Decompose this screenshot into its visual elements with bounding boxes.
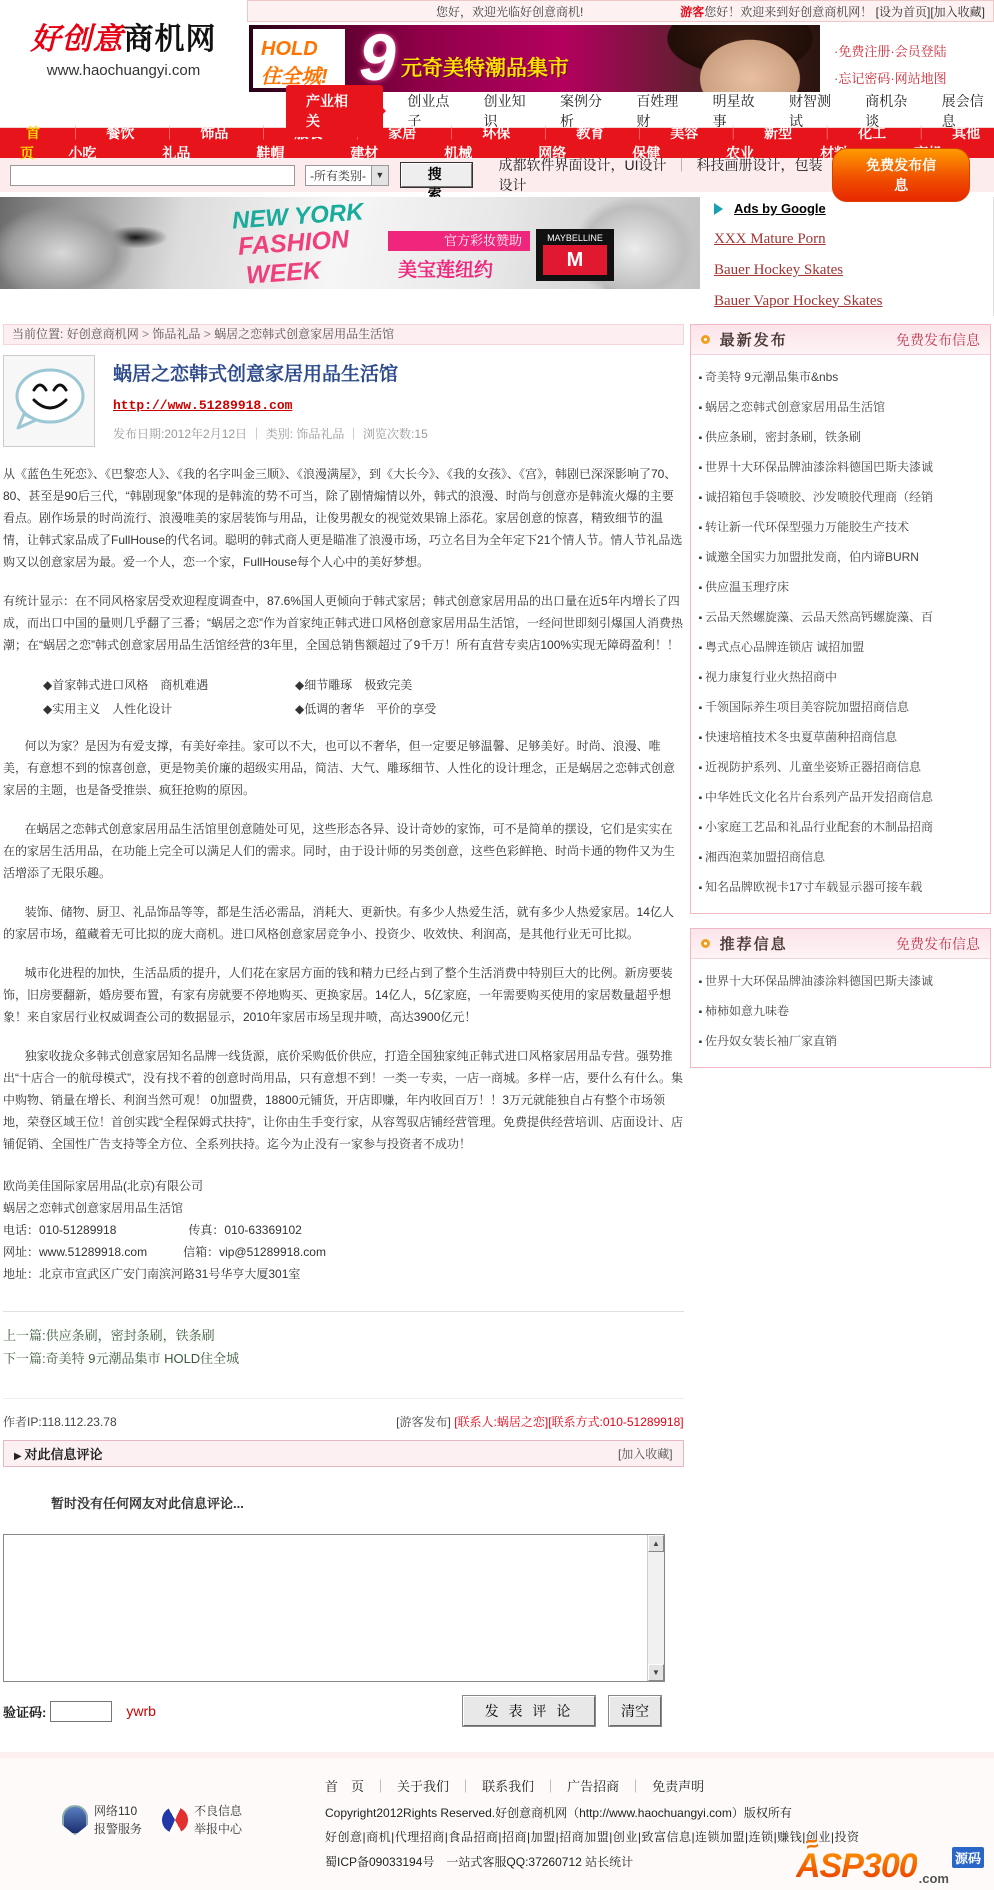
google-ad-link[interactable]: XXX Mature Porn bbox=[714, 231, 826, 247]
comment-bar-title: 对此信息评论 bbox=[14, 1444, 102, 1463]
submit-comment-button[interactable]: 发 表 评 论 bbox=[463, 1696, 595, 1726]
guest-label: 游客 bbox=[680, 5, 704, 19]
captcha-code: ywrb bbox=[126, 1703, 156, 1719]
police-badge[interactable]: 网络110 报警服务 bbox=[62, 1802, 142, 1838]
orange-dot-icon bbox=[701, 939, 710, 948]
recommended-header: 推荐信息 免费发布信息 bbox=[691, 929, 990, 959]
publish-info: [游客发布] [联系人:蜗居之恋][联系方式:010-51289918] bbox=[396, 1413, 683, 1430]
article-thumbnail bbox=[3, 355, 95, 447]
captcha-row: 验证码: ywrb 发 表 评 论 清空 bbox=[3, 1696, 665, 1726]
page-header: 好创意商机网 www.haochuangyi.com 您好，欢迎光临好创意商机!… bbox=[0, 0, 994, 94]
logo-text: 好创意商机网 bbox=[0, 14, 247, 58]
contact-line: 电话：010-51289918 传真：010-63369102 bbox=[3, 1219, 684, 1241]
latest-post-link[interactable]: 知名品牌欧视卡17寸车载显示器可接车载 bbox=[705, 880, 922, 894]
main-nav-link[interactable]: 首页 bbox=[20, 125, 40, 161]
paragraph: 从《蓝色生死恋》、《巴黎恋人》、《我的名字叫金三顺》、《浪漫满屋》，到《大长今》… bbox=[3, 463, 684, 573]
feature-list: ◆首家韩式进口风格 商机难遇◆细节雕琢 极致完美◆实用主义 人性化设计◆低调的奢… bbox=[43, 673, 684, 721]
maybelline-m-mark: M bbox=[543, 245, 607, 275]
banner-hold-box: HOLD 住全城! bbox=[253, 29, 345, 88]
tab-industry-related[interactable]: 产业相关 bbox=[286, 85, 383, 137]
smiley-bubble-icon bbox=[10, 362, 88, 440]
feature-item: ◆首家韩式进口风格 商机难遇 bbox=[43, 673, 295, 697]
promo-links: 成都软件界面设计，UI设计｜科技画册设计，包装设计 bbox=[498, 155, 832, 195]
article-paragraphs-a: 从《蓝色生死恋》、《巴黎恋人》、《我的名字叫金三顺》、《浪漫满屋》，到《大长今》… bbox=[3, 463, 684, 656]
recommended-link[interactable]: 柿柿如意九味卷 bbox=[705, 1004, 789, 1018]
logo-text-red: 好创意 bbox=[31, 23, 124, 56]
password-sitemap-link[interactable]: ·忘记密码·网站地图 bbox=[834, 71, 947, 86]
footer-badges: 网络110 报警服务 不良信息 举报中心 bbox=[62, 1802, 242, 1838]
breadcrumb-link[interactable]: 好创意商机网 bbox=[67, 327, 139, 341]
footer-nav-link[interactable]: 联系我们 bbox=[482, 1779, 534, 1794]
article-paragraphs-b: 何以为家？是因为有爱支撑，有美好牵挂。家可以不大，也可以不奢华，但一定要足够温馨… bbox=[3, 735, 684, 1155]
top-banner-ad[interactable]: HOLD 住全城! 9 元奇美特潮品集市 bbox=[249, 25, 820, 92]
badge-line: 举报中心 bbox=[194, 1820, 242, 1838]
latest-post-link[interactable]: 千领国际养生项目美容院加盟招商信息 bbox=[705, 700, 909, 714]
footer-nav-link[interactable]: 首 页 bbox=[325, 1779, 364, 1794]
latest-post-link[interactable]: 近视防护系列、儿童坐姿矫正器招商信息 bbox=[705, 760, 921, 774]
report-swirl-icon bbox=[158, 1803, 193, 1838]
latest-post-link[interactable]: 转让新一代环保型强力万能胶生产技术 bbox=[705, 520, 909, 534]
footer-nav-link[interactable]: 广告招商 bbox=[567, 1779, 619, 1794]
account-links: ·免费注册·会员登陆 ·忘记密码·网站地图 bbox=[820, 22, 994, 94]
contact-line: 蜗居之恋韩式创意家居用品生活馆 bbox=[3, 1197, 684, 1219]
report-badge-text: 不良信息 举报中心 bbox=[194, 1802, 242, 1838]
google-ads-links: XXX Mature PornBauer Hockey SkatesBauer … bbox=[714, 224, 987, 316]
model-face-left bbox=[0, 197, 200, 289]
next-article-link[interactable]: 下一篇:奇美特 9元潮品集市 HOLD住全城 bbox=[3, 1351, 239, 1366]
main-nav-link[interactable]: 餐饮小吃 bbox=[68, 125, 134, 161]
captcha-label: 验证码: bbox=[3, 1702, 46, 1721]
ads-triangle-icon bbox=[714, 203, 729, 215]
latest-post-link[interactable]: 云品天然螺旋藻、云品天然高钙螺旋藻、百 bbox=[705, 610, 933, 624]
welcome-message: 您好！欢迎来到好创意商机网！ bbox=[704, 5, 872, 19]
article-meta: 发布日期:2012年2月12日 ｜ 类别: 饰品礼品 ｜ 浏览次数:15 bbox=[113, 425, 428, 442]
asp300-yuanma: 源码 bbox=[952, 1847, 984, 1868]
set-home-link[interactable]: [设为首页] bbox=[876, 5, 931, 19]
article-body: 从《蓝色生死恋》、《巴黎恋人》、《我的名字叫金三顺》、《浪漫满屋》，到《大长今》… bbox=[3, 463, 684, 1285]
welcome-text-right: 游客您好！欢迎来到好创意商机网！ [设为首页][加入收藏] bbox=[680, 3, 985, 20]
no-comments-message: 暂时没有任何网友对此信息评论... bbox=[51, 1493, 684, 1512]
breadcrumb-links: 好创意商机网饰品礼品蜗居之恋韩式创意家居用品生活馆 bbox=[67, 327, 394, 341]
sidebar: 最新发布 免费发布信息 奇美特 9元潮品集市&nbs蜗居之恋韩式创意家居用品生活… bbox=[690, 324, 991, 1726]
main-nav-link[interactable]: 饰品礼品 bbox=[162, 125, 228, 161]
banner-model-photo bbox=[630, 25, 820, 92]
latest-post-link[interactable]: 中华姓氏文化名片台系列产品开发招商信息 bbox=[705, 790, 933, 804]
scroll-down-icon[interactable]: ▼ bbox=[648, 1664, 664, 1681]
textarea-scrollbar[interactable]: ▲ ▼ bbox=[647, 1535, 664, 1681]
scroll-up-icon[interactable]: ▲ bbox=[648, 1535, 664, 1552]
latest-posts-list: 奇美特 9元潮品集市&nbs蜗居之恋韩式创意家居用品生活馆供应条刷，密封条刷，铁… bbox=[691, 355, 990, 913]
main-column: 当前位置: 好创意商机网饰品礼品蜗居之恋韩式创意家居用品生活馆 蜗居之恋韩式创意… bbox=[3, 324, 684, 1726]
feature-item: ◆低调的奢华 平价的享受 bbox=[295, 697, 684, 721]
latest-post-link[interactable]: 世界十大环保品牌油漆涂料德国巴斯夫漆诚 bbox=[705, 460, 933, 474]
breadcrumb-label: 当前位置: bbox=[12, 327, 63, 341]
free-publish-button[interactable]: 免费发布信息 bbox=[832, 148, 970, 202]
article-title: 蜗居之恋韩式创意家居用品生活馆 bbox=[113, 359, 428, 386]
paragraph: 在蜗居之恋韩式创意家居用品生活馆里创意随处可见，这些形态各异、设计奇妙的家饰，可… bbox=[3, 818, 684, 884]
ads-by-google-header: Ads by Google bbox=[714, 201, 987, 216]
author-ip: 作者IP:118.112.23.78 bbox=[3, 1413, 117, 1430]
add-favorite-link[interactable]: [加入收藏] bbox=[930, 5, 985, 19]
category-select-value: -所有类别- bbox=[310, 167, 366, 184]
mid-banner-row: NEW YORK FASHION WEEK 官方彩妆赞助 美宝莲纽约 MAYBE… bbox=[0, 197, 994, 316]
site-logo[interactable]: 好创意商机网 www.haochuangyi.com bbox=[0, 0, 247, 94]
asp300-logo[interactable]: ≈ ASP300 .com 源码 bbox=[796, 1847, 984, 1886]
free-publish-link[interactable]: 免费发布信息 bbox=[896, 330, 980, 350]
breadcrumb: 当前位置: 好创意商机网饰品礼品蜗居之恋韩式创意家居用品生活馆 bbox=[3, 324, 684, 345]
free-publish-link-2[interactable]: 免费发布信息 bbox=[896, 934, 980, 954]
content-area: 当前位置: 好创意商机网饰品礼品蜗居之恋韩式创意家居用品生活馆 蜗居之恋韩式创意… bbox=[0, 324, 994, 1726]
contact-line: 欧尚美佳国际家居用品(北京)有限公司 bbox=[3, 1175, 684, 1197]
promo-separator: ｜ bbox=[666, 157, 696, 173]
paragraph: 装饰、储物、厨卫、礼品饰品等等，都是生活必需品，消耗大、更新快。有多少人热爱生活… bbox=[3, 901, 684, 945]
author-info-row: 作者IP:118.112.23.78 [游客发布] [联系人:蜗居之恋][联系方… bbox=[3, 1398, 684, 1430]
recommended-list: 世界十大环保品牌油漆涂料德国巴斯夫漆诚柿柿如意九味卷佐丹奴女装长袖厂家直销 bbox=[691, 959, 990, 1067]
add-favorite-link-2[interactable]: [加入收藏] bbox=[618, 1445, 673, 1462]
banner-brand-cn: 美宝莲纽约 bbox=[398, 255, 493, 282]
promo-link-1[interactable]: 成都软件界面设计，UI设计 bbox=[498, 157, 666, 173]
latest-post-link[interactable]: 供应条刷，密封条刷，铁条刷 bbox=[705, 430, 861, 444]
latest-post-link[interactable]: 小家庭工艺品和礼品行业配套的木制品招商 bbox=[705, 820, 933, 834]
footer-nav-link[interactable]: 免责声明 bbox=[652, 1779, 704, 1794]
article-header-info: 蜗居之恋韩式创意家居用品生活馆 http://www.51289918.com … bbox=[113, 355, 428, 447]
search-input[interactable] bbox=[10, 165, 295, 186]
logo-text-black: 商机网 bbox=[124, 23, 217, 56]
divider bbox=[3, 1311, 684, 1312]
google-ads-block: Ads by Google XXX Mature PornBauer Hocke… bbox=[700, 197, 994, 316]
page-footer: 首 页关于我们联系我们广告招商免责声明 Copyright2012Rights … bbox=[0, 1752, 994, 1890]
latest-posts-title: 最新发布 bbox=[720, 329, 788, 350]
latest-post-link[interactable]: 视力康复行业火热招商中 bbox=[705, 670, 837, 684]
fashion-week-banner-ad[interactable]: NEW YORK FASHION WEEK 官方彩妆赞助 美宝莲纽约 MAYBE… bbox=[0, 197, 700, 289]
maybelline-text: MAYBELLINE bbox=[547, 233, 603, 243]
logo-url: www.haochuangyi.com bbox=[0, 62, 247, 79]
latest-post-link[interactable]: 粤式点心品牌连锁店 诚招加盟 bbox=[705, 640, 864, 654]
badge-line: 报警服务 bbox=[94, 1820, 142, 1838]
feature-item: ◆细节雕琢 极致完美 bbox=[295, 673, 684, 697]
maybelline-logo: MAYBELLINE M bbox=[536, 229, 614, 281]
footer-copyright: Copyright2012Rights Reserved.好创意商机网（http… bbox=[325, 1801, 994, 1826]
latest-post-link[interactable]: 诚招箱包手袋喷胶、沙发喷胶代理商（经销 bbox=[705, 490, 933, 504]
banner-tail-text: 元奇美特潮品集市 bbox=[401, 52, 569, 82]
latest-post-link[interactable]: 诚邀全国实力加盟批发商，伯内谛BURN bbox=[705, 550, 919, 564]
latest-post-link[interactable]: 奇美特 9元潮品集市&nbs bbox=[705, 370, 838, 384]
contact-block: 欧尚美佳国际家居用品(北京)有限公司蜗居之恋韩式创意家居用品生活馆电话：010-… bbox=[3, 1175, 684, 1285]
contact-line: 网址：www.51289918.com 信箱：vip@51289918.com bbox=[3, 1241, 684, 1263]
latest-post-link[interactable]: 供应温玉理疗床 bbox=[705, 580, 789, 594]
top-welcome-bar: 您好，欢迎光临好创意商机! 游客您好！欢迎来到好创意商机网！ [设为首页][加入… bbox=[247, 0, 994, 22]
footer-nav-link[interactable]: 关于我们 bbox=[397, 1779, 449, 1794]
category-select[interactable]: -所有类别- ▼ bbox=[305, 165, 389, 186]
clear-button[interactable]: 清空 bbox=[609, 1696, 661, 1726]
badge-line: 网络110 bbox=[94, 1802, 142, 1820]
asp300-dotcom: .com bbox=[919, 1871, 949, 1886]
footer-nav: 首 页关于我们联系我们广告招商免责声明 bbox=[325, 1774, 994, 1801]
google-ad-link[interactable]: Bauer Hockey Skates bbox=[714, 262, 843, 278]
recommended-box: 推荐信息 免费发布信息 世界十大环保品牌油漆涂料德国巴斯夫漆诚柿柿如意九味卷佐丹… bbox=[690, 928, 991, 1068]
prev-article-link[interactable]: 上一篇:供应条刷，密封条刷，铁条刷 bbox=[3, 1328, 215, 1343]
banner-price: 9 bbox=[359, 25, 396, 92]
google-ad-link[interactable]: Bauer Vapor Hockey Skates bbox=[714, 293, 882, 309]
paragraph: 城市化进程的加快，生活品质的提升，人们花在家居方面的钱和精力已经占到了整个生活消… bbox=[3, 962, 684, 1028]
latest-posts-header: 最新发布 免费发布信息 bbox=[691, 325, 990, 355]
police-badge-text: 网络110 报警服务 bbox=[94, 1802, 142, 1838]
contact-person-tag: [联系人:蜗居之恋][联系方式:010-51289918] bbox=[454, 1415, 683, 1429]
police-shield-icon bbox=[62, 1805, 88, 1835]
latest-post-link[interactable]: 湘西泡菜加盟招商信息 bbox=[705, 850, 825, 864]
prev-next-links: 上一篇:供应条刷，密封条刷，铁条刷 下一篇:奇美特 9元潮品集市 HOLD住全城 bbox=[3, 1324, 684, 1370]
search-button[interactable]: 搜 索 bbox=[401, 163, 473, 187]
recommended-link[interactable]: 世界十大环保品牌油漆涂料德国巴斯夫漆诚 bbox=[705, 974, 933, 988]
paragraph: 何以为家？是因为有爱支撑，有美好牵挂。家可以不大，也可以不奢华，但一定要足够温馨… bbox=[3, 735, 684, 801]
latest-post-link[interactable]: 蜗居之恋韩式创意家居用品生活馆 bbox=[705, 400, 885, 414]
comment-textarea[interactable]: ▲ ▼ bbox=[3, 1534, 665, 1682]
article-url-link[interactable]: http://www.51289918.com bbox=[113, 398, 292, 413]
feature-item: ◆实用主义 人性化设计 bbox=[43, 697, 295, 721]
contact-line: 地址：北京市宣武区广安门南滨河路31号华亨大厦301室 bbox=[3, 1263, 684, 1285]
recommended-link[interactable]: 佐丹奴女装长袖厂家直销 bbox=[705, 1034, 837, 1048]
welcome-text-left: 您好，欢迎光临好创意商机! bbox=[436, 3, 583, 20]
chevron-down-icon: ▼ bbox=[371, 166, 388, 185]
badge-line: 不良信息 bbox=[194, 1802, 242, 1820]
orange-dot-icon bbox=[701, 335, 710, 344]
guest-publish-tag: [游客发布] bbox=[396, 1415, 451, 1429]
breadcrumb-link[interactable]: 饰品礼品 bbox=[152, 327, 200, 341]
ads-header-text: Ads by Google bbox=[734, 201, 826, 216]
breadcrumb-link[interactable]: 蜗居之恋韩式创意家居用品生活馆 bbox=[214, 327, 394, 341]
paragraph: 独家收拢众多韩式创意家居知名品牌一线货源，底价采购低价供应，打造全国独家纯正韩式… bbox=[3, 1045, 684, 1155]
banner-week-text: WEEK bbox=[245, 256, 322, 289]
register-login-link[interactable]: ·免费注册·会员登陆 bbox=[834, 44, 947, 59]
recommended-title: 推荐信息 bbox=[720, 933, 788, 954]
banner-sponsor-text: 官方彩妆赞助 bbox=[388, 231, 530, 251]
comment-section-header: 对此信息评论 [加入收藏] bbox=[3, 1440, 684, 1467]
search-bar: -所有类别- ▼ 搜 索 成都软件界面设计，UI设计｜科技画册设计，包装设计 免… bbox=[0, 158, 994, 192]
banner-hold1: HOLD bbox=[261, 35, 345, 63]
latest-post-link[interactable]: 快速培植技术冬虫夏草菌种招商信息 bbox=[705, 730, 897, 744]
paragraph: 有统计显示：在不同风格家居受欢迎程度调查中，87.6%国人更倾向于韩式家居；韩式… bbox=[3, 590, 684, 656]
article-header: 蜗居之恋韩式创意家居用品生活馆 http://www.51289918.com … bbox=[3, 355, 684, 447]
latest-posts-box: 最新发布 免费发布信息 奇美特 9元潮品集市&nbs蜗居之恋韩式创意家居用品生活… bbox=[690, 324, 991, 914]
captcha-input[interactable] bbox=[50, 1701, 112, 1722]
report-badge[interactable]: 不良信息 举报中心 bbox=[162, 1802, 242, 1838]
